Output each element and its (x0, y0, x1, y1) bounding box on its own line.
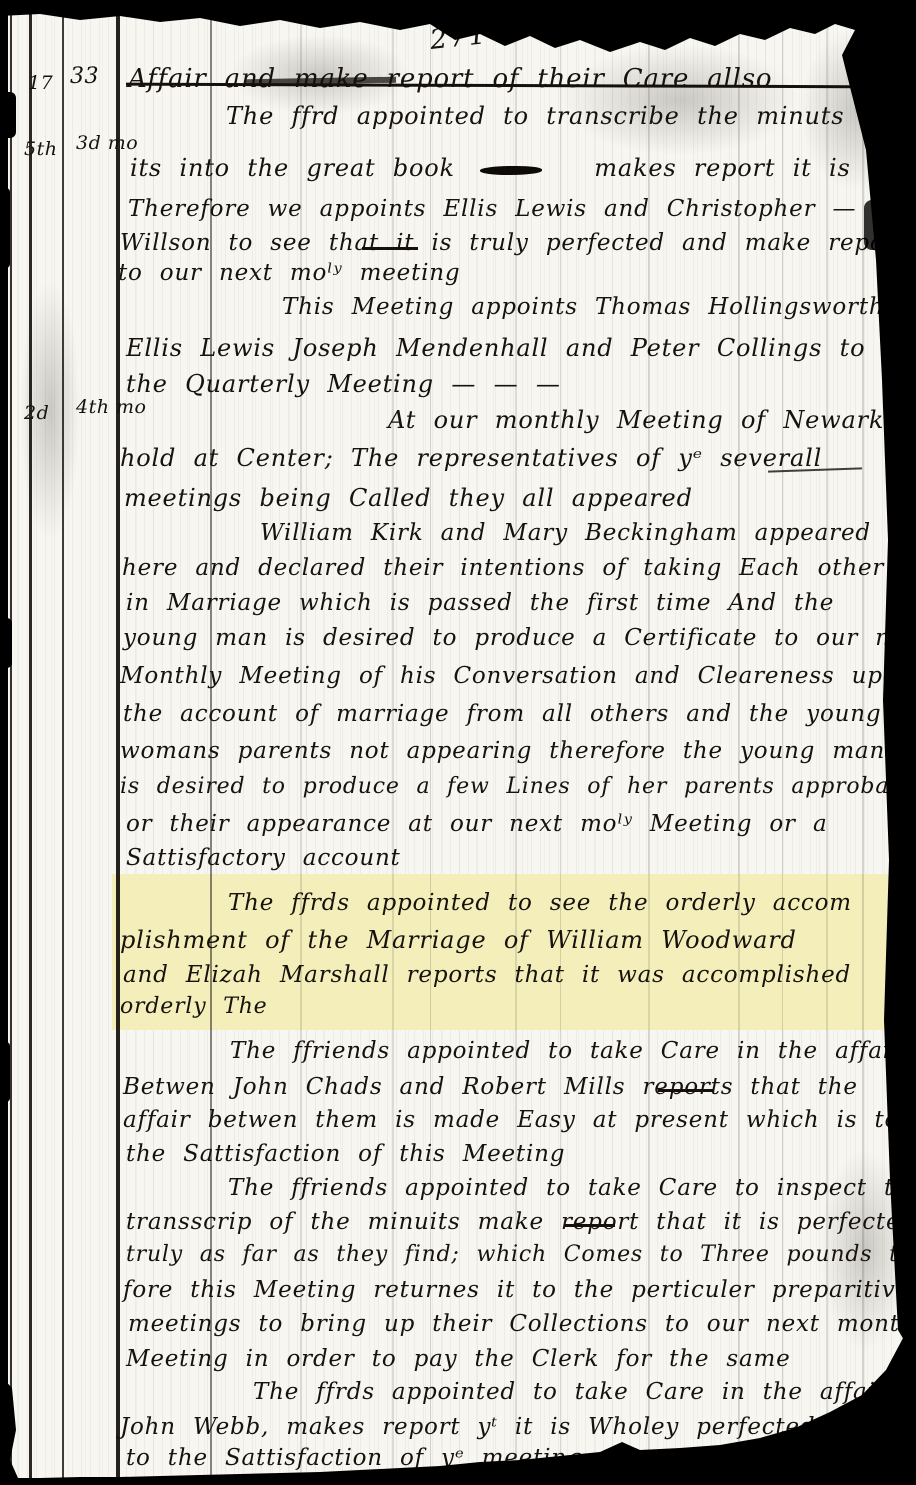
manuscript-line: fore this Meeting returnes it to the per… (123, 1279, 910, 1302)
manuscript-line: to the Sattisfaction of yᵉ meeting (126, 1447, 582, 1470)
manuscript-line: At our monthly Meeting of Newark (388, 408, 884, 432)
manuscript-line: orderly The (120, 996, 268, 1018)
manuscript-line: is desired to produce a few Lines of her… (120, 776, 916, 798)
manuscript-line: The ffrds appointed to take Care in the … (253, 1381, 916, 1404)
manuscript-page: 271 17 33 5th 3d mo 2d 4th mo Affair and… (0, 0, 916, 1485)
manuscript-line: meetings being Called they all appeared (124, 486, 693, 510)
manuscript-line: Therefore we appoints Ellis Lewis and Ch… (128, 198, 856, 221)
ink-blot (480, 166, 542, 175)
manuscript-line: Meeting in order to pay the Clerk for th… (126, 1348, 791, 1371)
manuscript-line: and Elizah Marshall reports that it was … (123, 964, 851, 987)
ruled-line (29, 0, 32, 1485)
margin-month-3d: 3d mo (76, 132, 138, 154)
margin-year-33: 33 (70, 64, 99, 89)
manuscript-line: plishment of the Marriage of William Woo… (120, 928, 797, 952)
manuscript-line: The ffrd appointed to transcribe the min… (226, 104, 844, 128)
manuscript-line: The ffrds appointed to see the orderly a… (228, 892, 852, 915)
strikethrough-mark (658, 1089, 713, 1092)
manuscript-line: young man is desired to produce a Certif… (123, 627, 916, 650)
manuscript-line: affair betwen them is made Easy at prese… (123, 1109, 914, 1132)
manuscript-line: or their appearance at our next moˡʸ Mee… (126, 813, 827, 836)
manuscript-line: here and declared their intentions of ta… (122, 557, 884, 580)
manuscript-line: Betwen John Chads and Robert Mills repor… (123, 1076, 858, 1099)
scan-smudge (560, 45, 800, 155)
manuscript-line: the Sattisfaction of this Meeting (126, 1143, 565, 1166)
manuscript-line: truly as far as they find; which Comes t… (126, 1244, 916, 1266)
manuscript-line: in Marriage which is passed the first ti… (126, 592, 834, 615)
manuscript-line: The ffriends appointed to take Care to i… (228, 1177, 916, 1200)
manuscript-line: the account of marriage from all others … (123, 703, 881, 726)
manuscript-line: William Kirk and Mary Beckingham appeare… (260, 522, 871, 545)
ruled-line (62, 0, 64, 1485)
manuscript-line: Monthly Meeting of his Conversation and … (120, 665, 913, 688)
manuscript-line: hold at Center; The representatives of y… (120, 446, 822, 470)
manuscript-line: Willson to see that it is truly perfecte… (120, 232, 906, 255)
manuscript-line: meetings to bring up their Collections t… (128, 1313, 916, 1336)
strikethrough-mark (362, 247, 418, 250)
manuscript-line: John Webb, makes report yᵗ it is Wholey … (120, 1416, 906, 1439)
manuscript-line: This Meeting appoints Thomas Hollingswor… (282, 296, 885, 319)
manuscript-line: Affair and make report of their Care all… (128, 66, 772, 92)
manuscript-line: Sattisfactory account (126, 847, 401, 870)
margin-year-17: 17 (28, 72, 53, 94)
page-number: 271 (429, 19, 489, 56)
margin-day-5th: 5th (24, 138, 57, 160)
ruled-line (10, 0, 12, 1485)
margin-month-4th: 4th mo (76, 396, 146, 418)
manuscript-line: The ffriends appointed to take Care in t… (230, 1040, 903, 1063)
manuscript-line: the Quarterly Meeting — — — (126, 372, 561, 396)
manuscript-line: transscrip of the minuits make report th… (126, 1211, 916, 1234)
strikethrough-mark (565, 1224, 615, 1227)
manuscript-line: to our next moˡʸ meeting (118, 262, 460, 285)
manuscript-line: Ellis Lewis Joseph Mendenhall and Peter … (126, 336, 916, 360)
manuscript-line: womans parents not appearing therefore t… (120, 740, 885, 763)
margin-day-2d: 2d (24, 402, 49, 424)
